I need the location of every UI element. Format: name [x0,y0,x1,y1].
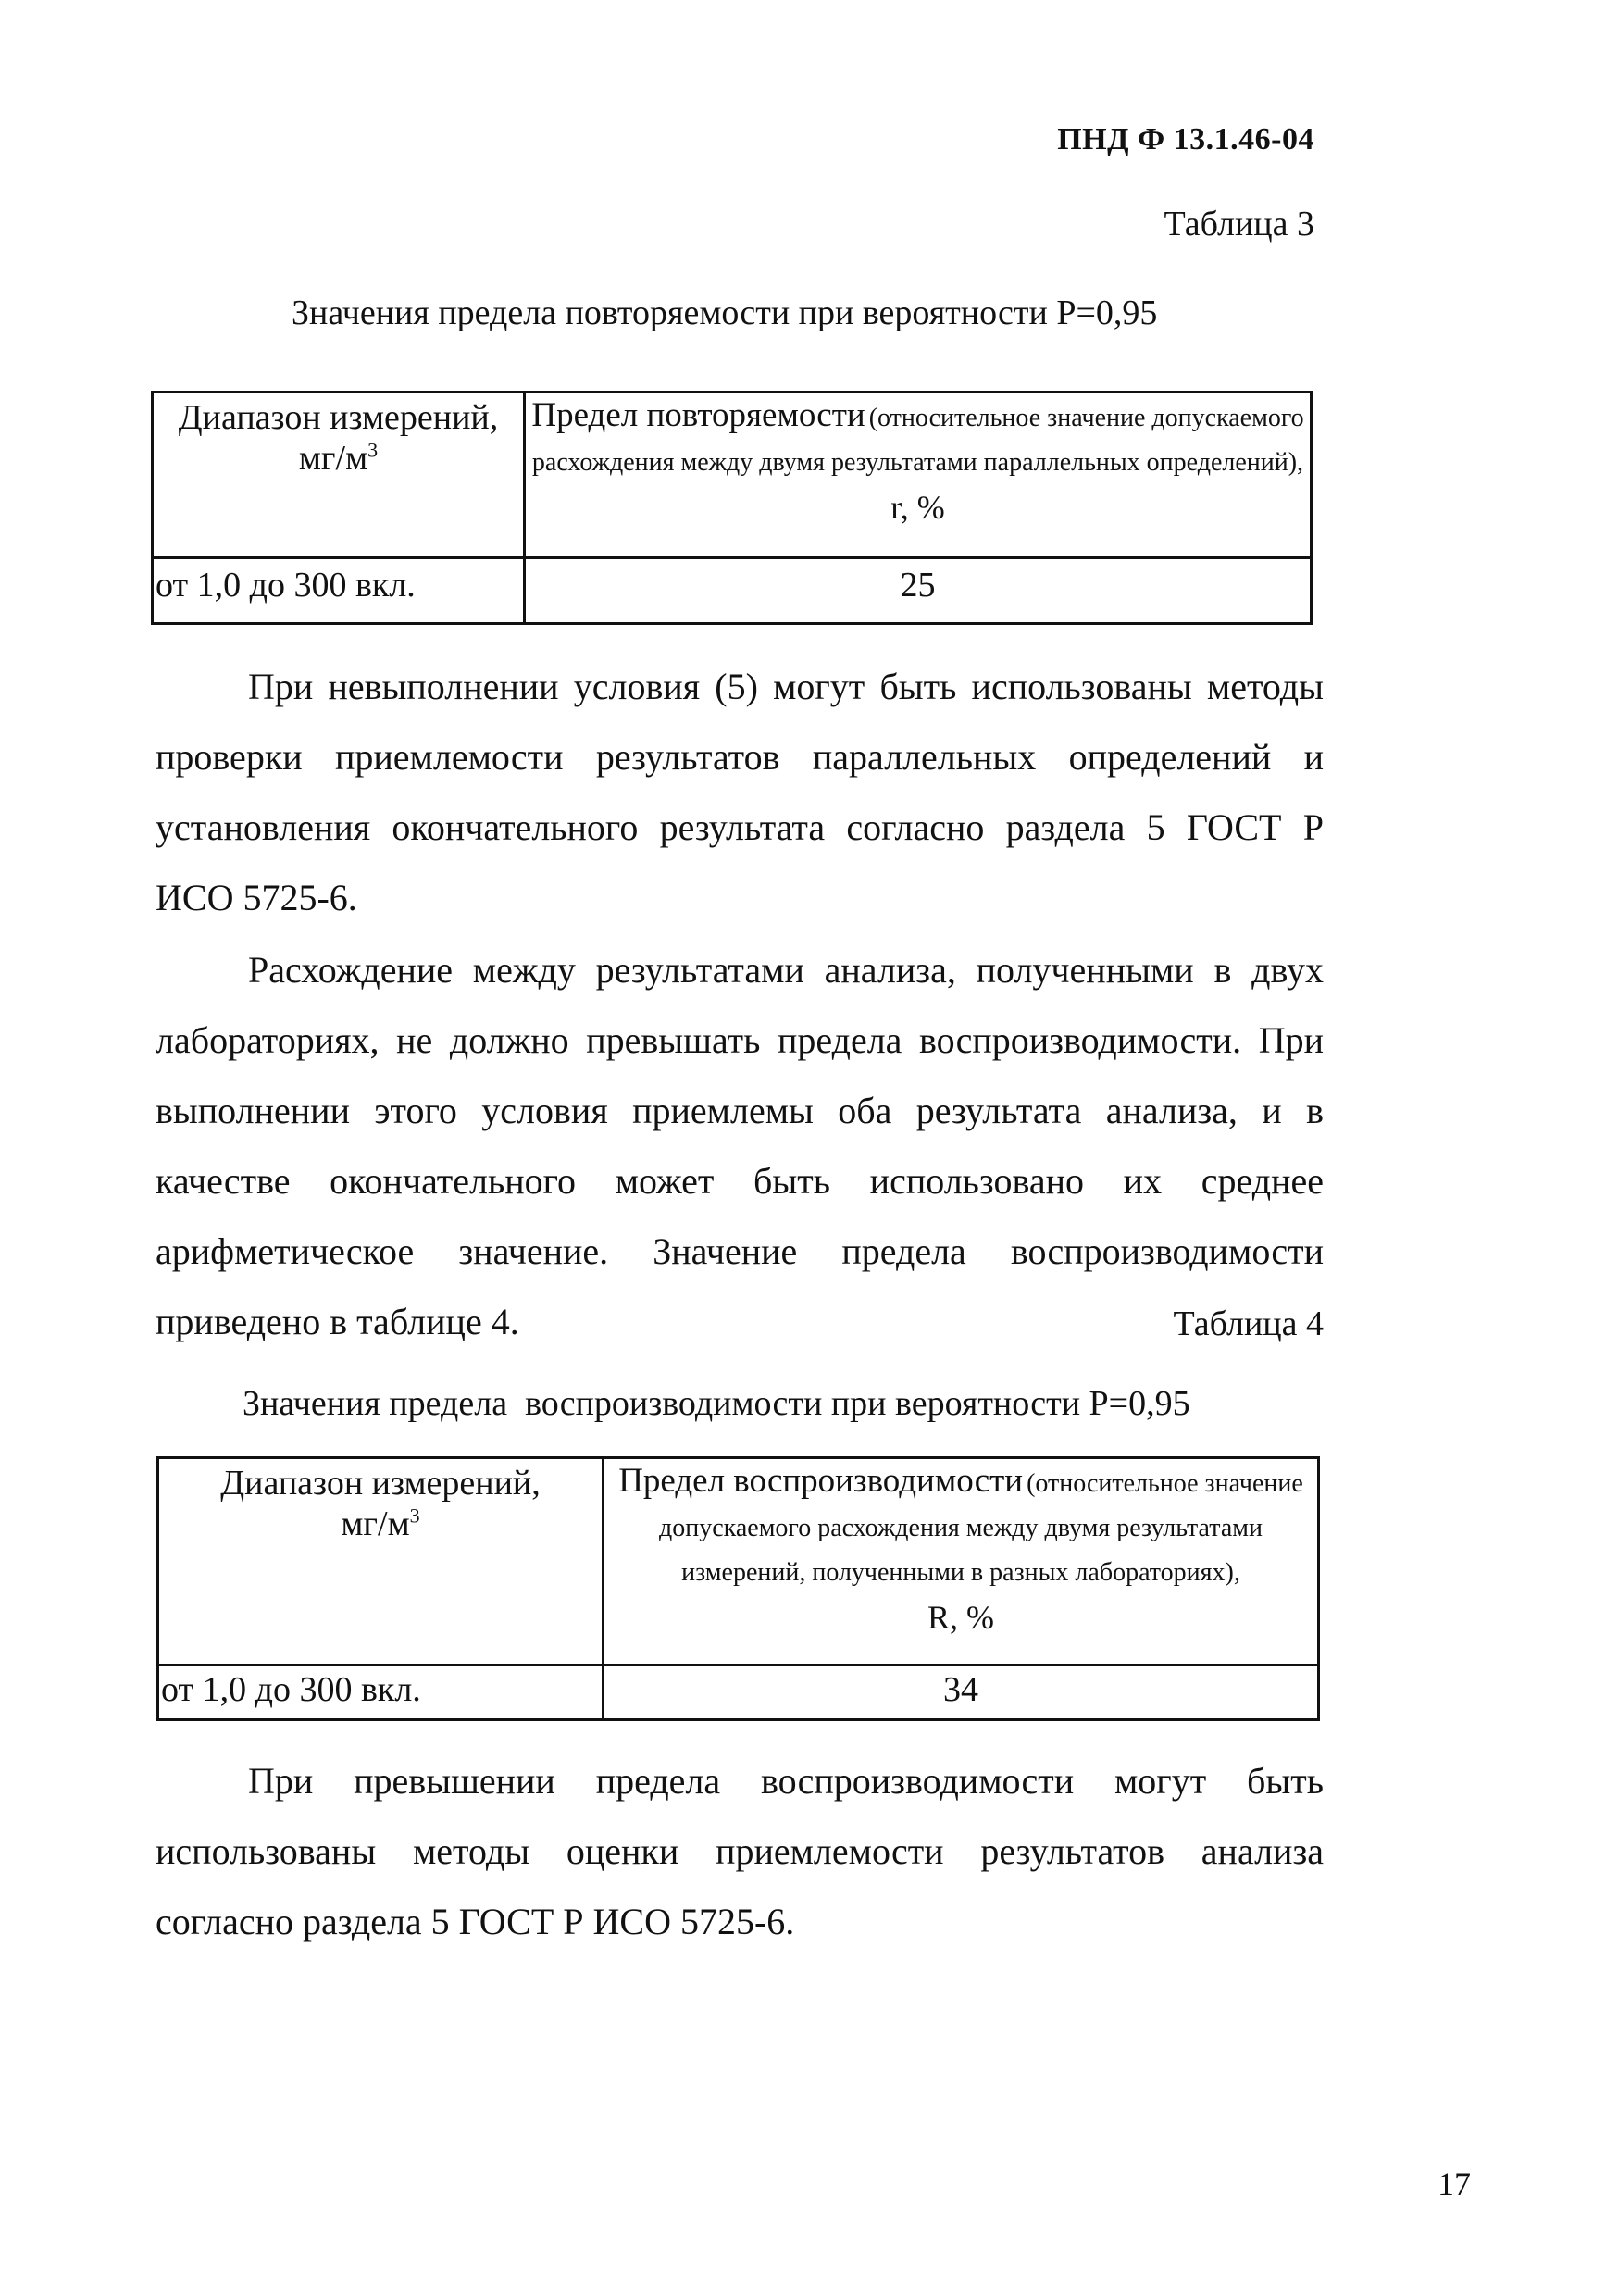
table3-header-range-unit-sup: 3 [367,438,378,461]
table4-value-cell: 34 [604,1666,1319,1720]
table3-header-range-unit: мг/м [299,439,367,478]
page-number: 17 [1438,2165,1471,2203]
paragraph-reproducibility-exceeded: При превышении предела воспроизводимости… [156,1746,1324,1957]
table4-header-range-unit: мг/м [341,1504,409,1543]
table3-range-cell: от 1,0 до 300 вкл. [153,558,525,624]
table3-header-limit: Предел повторяемости (относительное знач… [525,393,1312,558]
table4-header-range-unit-sup: 3 [410,1504,420,1527]
table3-caption: Значения предела повторяемости при вероя… [292,293,1157,333]
table4-header-range: Диапазон измерений, мг/м3 [158,1458,604,1666]
table4: Диапазон измерений, мг/м3 Предел воспрои… [156,1456,1320,1721]
document-code: ПНД Ф 13.1.46-04 [1057,122,1314,157]
table3-header-range-title: Диапазон измерений, [179,398,499,437]
table4-header-limit-title: Предел воспроизводимости [618,1462,1023,1500]
table3-header-range: Диапазон измерений, мг/м3 [153,393,525,558]
table3-header-row: Диапазон измерений, мг/м3 Предел повторя… [153,393,1312,558]
table4-header-row: Диапазон измерений, мг/м3 Предел воспрои… [158,1458,1319,1666]
table4-header-limit: Предел воспроизводимости (относительное … [604,1458,1319,1666]
table4-header-range-title: Диапазон измерений, [220,1464,541,1503]
table4-range-cell: от 1,0 до 300 вкл. [158,1666,604,1720]
table4-caption: Значения предела воспроизводимости при в… [243,1383,1190,1424]
paragraph-repeatability-fallback: При невыполнении условия (5) могут быть … [156,652,1324,933]
table-row: от 1,0 до 300 вкл. 34 [158,1666,1319,1720]
table3-header-limit-symbol: r, % [531,487,1304,528]
table3-header-limit-title: Предел повторяемости [531,396,865,434]
table4-number: Таблица 4 [1173,1304,1324,1344]
table3-value-cell: 25 [525,558,1312,624]
table-row: от 1,0 до 300 вкл. 25 [153,558,1312,624]
table4-header-limit-symbol: R, % [610,1597,1312,1638]
table3: Диапазон измерений, мг/м3 Предел повторя… [151,391,1313,625]
paragraph-reproducibility-condition: Расхождение между результатами анализа, … [156,935,1324,1357]
table3-number: Таблица 3 [1164,204,1314,244]
